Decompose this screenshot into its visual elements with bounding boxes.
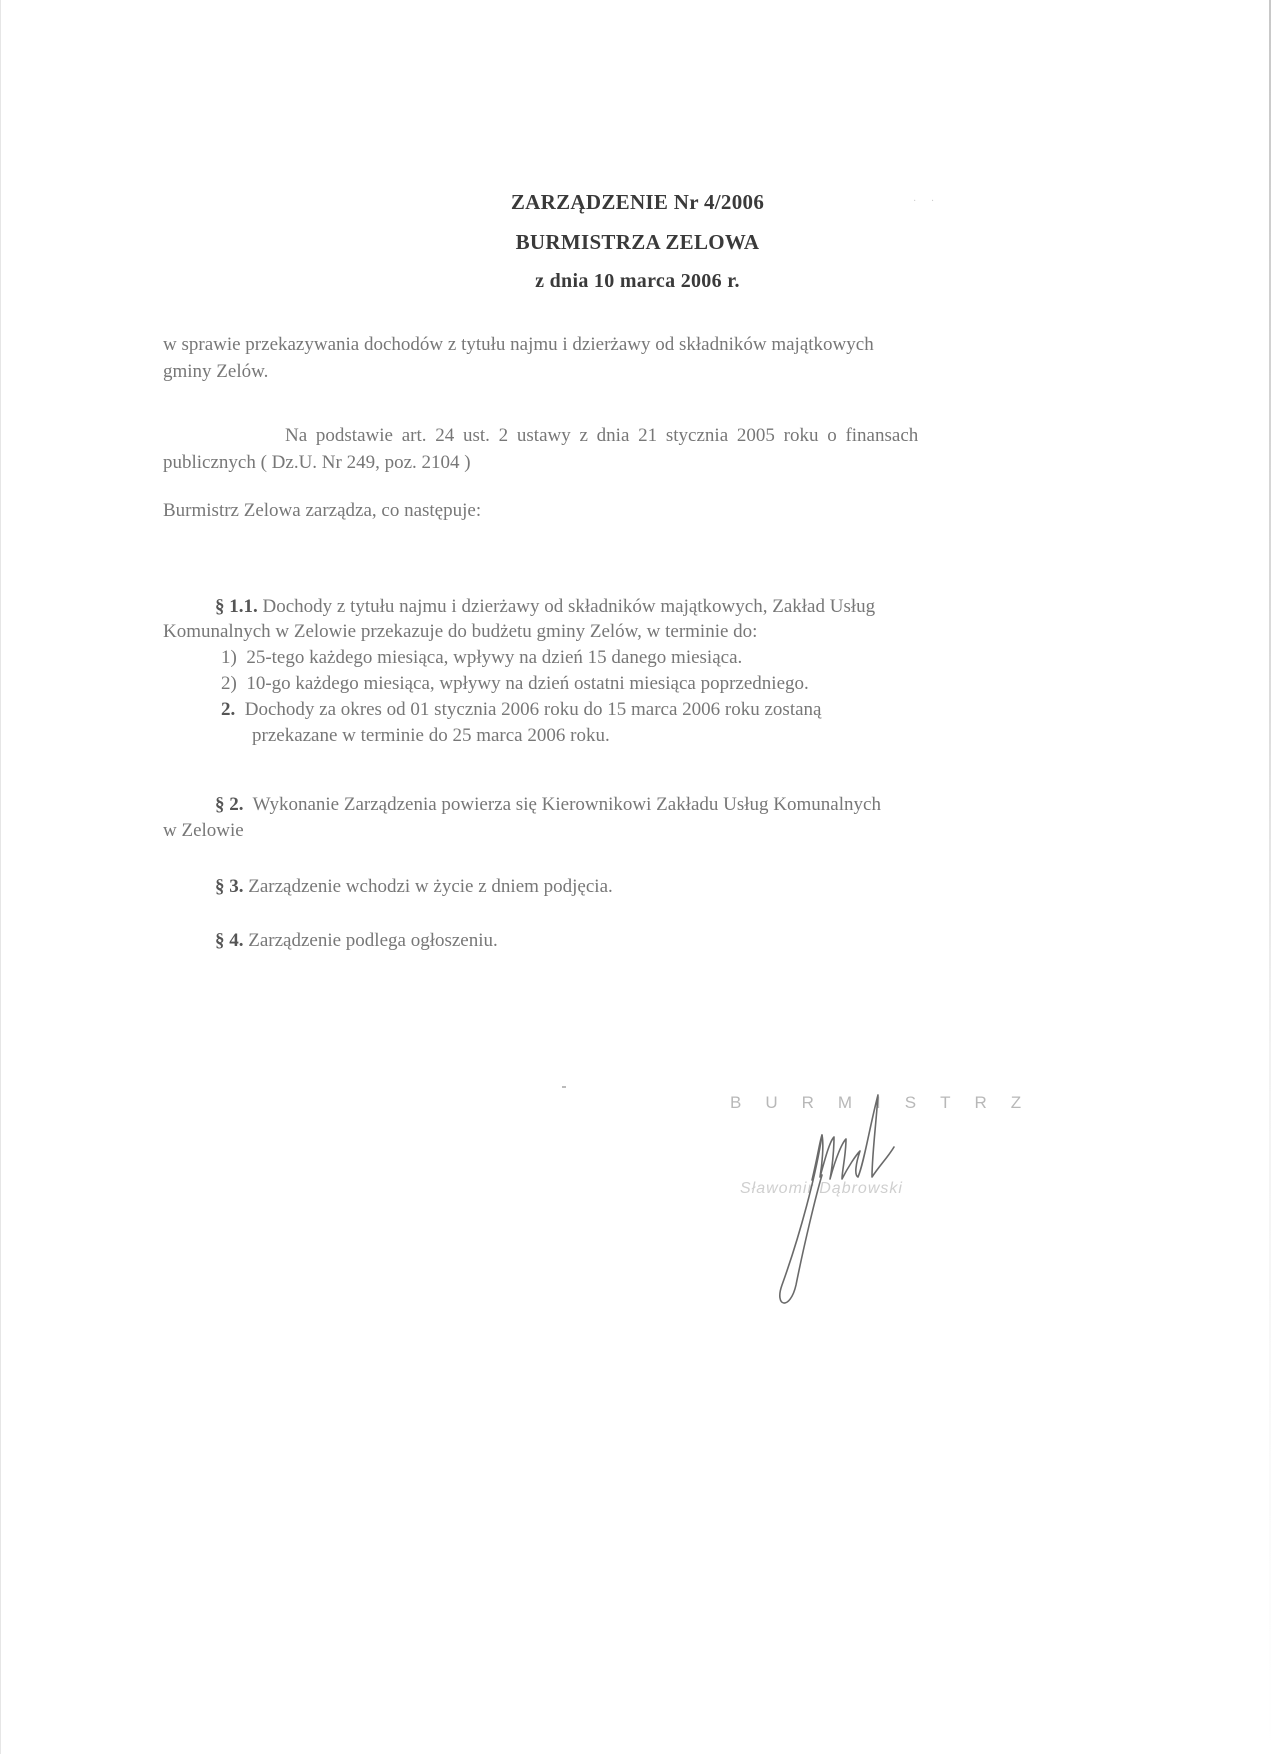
section-2-mark: § 2.	[215, 794, 244, 815]
legal-basis-line-2: publicznych ( Dz.U. Nr 249, poz. 2104 )	[163, 452, 471, 474]
section-1-text: Dochody z tytułu najmu i dzierżawy od sk…	[263, 596, 876, 617]
subject-line-2: gminy Zelów.	[163, 361, 268, 383]
point-mark: 2.	[221, 699, 235, 720]
section-1-point-2-line-2: przekazane w terminie do 25 marca 2006 r…	[252, 725, 610, 747]
signature-icon	[760, 1085, 960, 1315]
scan-artifact	[562, 1086, 566, 1088]
section-4: § 4. Zarządzenie podlega ogłoszeniu.	[215, 930, 498, 952]
section-1-mark: § 1.1.	[215, 596, 258, 617]
scan-artifact: · ·	[913, 196, 940, 207]
preamble: Burmistrz Zelowa zarządza, co następuje:	[163, 500, 481, 522]
document-page: ZARZĄDZENIE Nr 4/2006 · · BURMISTRZA ZEL…	[0, 0, 1275, 1754]
document-title: ZARZĄDZENIE Nr 4/2006	[0, 190, 1275, 215]
item-text: 10-go każdego miesiąca, wpływy na dzień …	[246, 673, 808, 694]
document-issuer: BURMISTRZA ZELOWA	[0, 230, 1275, 255]
section-1-point-2-line-1: 2. Dochody za okres od 01 stycznia 2006 …	[221, 699, 821, 721]
section-1-item-1: 1) 25-tego każdego miesiąca, wpływy na d…	[221, 647, 742, 669]
section-4-text: Zarządzenie podlega ogłoszeniu.	[248, 930, 498, 951]
section-3-text: Zarządzenie wchodzi w życie z dniem podj…	[248, 876, 613, 897]
section-2-text: Wykonanie Zarządzenia powierza się Kiero…	[253, 794, 881, 815]
item-mark: 2)	[221, 673, 237, 694]
section-4-mark: § 4.	[215, 930, 244, 951]
subject-line-1: w sprawie przekazywania dochodów z tytuł…	[163, 334, 874, 356]
section-1-line-1: § 1.1. Dochody z tytułu najmu i dzierżaw…	[215, 596, 875, 618]
item-mark: 1)	[221, 647, 237, 668]
section-2-line-1: § 2. Wykonanie Zarządzenia powierza się …	[215, 794, 881, 816]
section-1-line-2: Komunalnych w Zelowie przekazuje do budż…	[163, 621, 757, 643]
document-date: z dnia 10 marca 2006 r.	[0, 270, 1275, 293]
section-3: § 3. Zarządzenie wchodzi w życie z dniem…	[215, 876, 613, 898]
legal-basis-line-1: Na podstawie art. 24 ust. 2 ustawy z dni…	[285, 425, 918, 447]
scan-edge-right	[1269, 0, 1271, 1754]
item-text: 25-tego każdego miesiąca, wpływy na dzie…	[246, 647, 742, 668]
section-1-item-2: 2) 10-go każdego miesiąca, wpływy na dzi…	[221, 673, 809, 695]
section-3-mark: § 3.	[215, 876, 244, 897]
section-2-line-2: w Zelowie	[163, 820, 244, 842]
point-text: Dochody za okres od 01 stycznia 2006 rok…	[245, 699, 822, 720]
scan-edge-left	[0, 0, 1, 1754]
